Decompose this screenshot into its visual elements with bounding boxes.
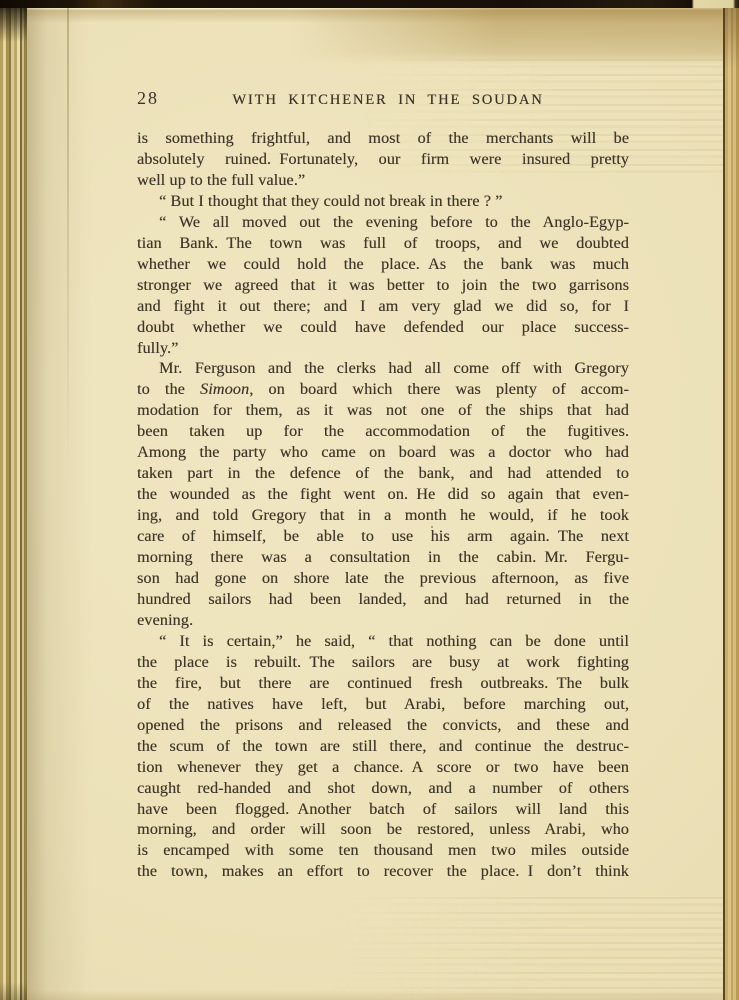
text-line: is encamped with some ten thousand men t… xyxy=(137,840,629,861)
text-line: is something frightful, and most of the … xyxy=(137,128,629,149)
text-line: stronger we agreed that it was better to… xyxy=(137,275,629,296)
running-title: WITH KITCHENER IN THE SOUDAN xyxy=(159,92,629,109)
book-page: 28 WITH KITCHENER IN THE SOUDAN is somet… xyxy=(27,7,723,1000)
text-line: the fire, but there are continued fresh … xyxy=(137,673,629,694)
text-line: “ It is certain,” he said, “ that nothin… xyxy=(137,631,629,652)
text-line: modation for them, as it was not one of … xyxy=(137,400,629,421)
text-line: hundred sailors had been landed, and had… xyxy=(137,589,629,610)
text-line: “ We all moved out the evening before to… xyxy=(137,212,629,233)
text-line: son had gone on shore late the previous … xyxy=(137,568,629,589)
text-line: evening. xyxy=(137,610,629,631)
text-line: whether we could hold the place. As the … xyxy=(137,254,629,275)
text-line: of the natives have left, but Arabi, bef… xyxy=(137,694,629,715)
text-line: fully.” xyxy=(137,338,629,359)
text-line: “ But I thought that they could not brea… xyxy=(137,191,629,212)
gutter-shadow xyxy=(27,7,91,1000)
text-line: ing, and told Gregory that in a month he… xyxy=(137,505,629,526)
text-line: tion whenever they get a chance. A score… xyxy=(137,757,629,778)
text-line: doubt whether we could have defended our… xyxy=(137,317,629,338)
text-line: care of himself, be able to use his arm … xyxy=(137,526,629,547)
text-line: the place is rebuilt. The sailors are bu… xyxy=(137,652,629,673)
text-line: caught red-handed and shot down, and a n… xyxy=(137,778,629,799)
text-line: and fight it out there; and I am very gl… xyxy=(137,296,629,317)
text-line: taken part in the defence of the bank, a… xyxy=(137,463,629,484)
text-line: opened the prisons and released the conv… xyxy=(137,715,629,736)
text-line: morning, and order will soon be restored… xyxy=(137,819,629,840)
text-line: the scum of the town are still there, an… xyxy=(137,736,629,757)
body-text: is something frightful, and most of the … xyxy=(137,128,629,882)
text-line: Among the party who came on board was a … xyxy=(137,442,629,463)
scanned-book-page: 28 WITH KITCHENER IN THE SOUDAN is somet… xyxy=(0,0,739,1000)
paper-bands-bottom xyxy=(327,897,723,1000)
top-edge-strip xyxy=(0,0,739,8)
text-line: Mr. Ferguson and the clerks had all come… xyxy=(137,358,629,379)
page-curl-top-right xyxy=(291,7,723,65)
text-line: morning there was a consultation in the … xyxy=(137,547,629,568)
page-number: 28 xyxy=(137,88,159,109)
text-line: the town, makes an effort to recover the… xyxy=(137,861,629,882)
text-line: absolutely ruined. Fortunately, our firm… xyxy=(137,149,629,170)
page-edges-right xyxy=(723,0,739,1000)
running-header: 28 WITH KITCHENER IN THE SOUDAN xyxy=(137,88,629,109)
page-edges-left xyxy=(0,0,27,1000)
text-line: to the Simoon, on board which there was … xyxy=(137,379,629,400)
text-line: well up to the full value.” xyxy=(137,170,629,191)
text-line: the wounded as the fight went on. He did… xyxy=(137,484,629,505)
text-line: have been flogged. Another batch of sail… xyxy=(137,799,629,820)
text-line: tian Bank. The town was full of troops, … xyxy=(137,233,629,254)
text-line: been taken up for the accommodation of t… xyxy=(137,421,629,442)
under-page-edge-line xyxy=(67,7,69,464)
